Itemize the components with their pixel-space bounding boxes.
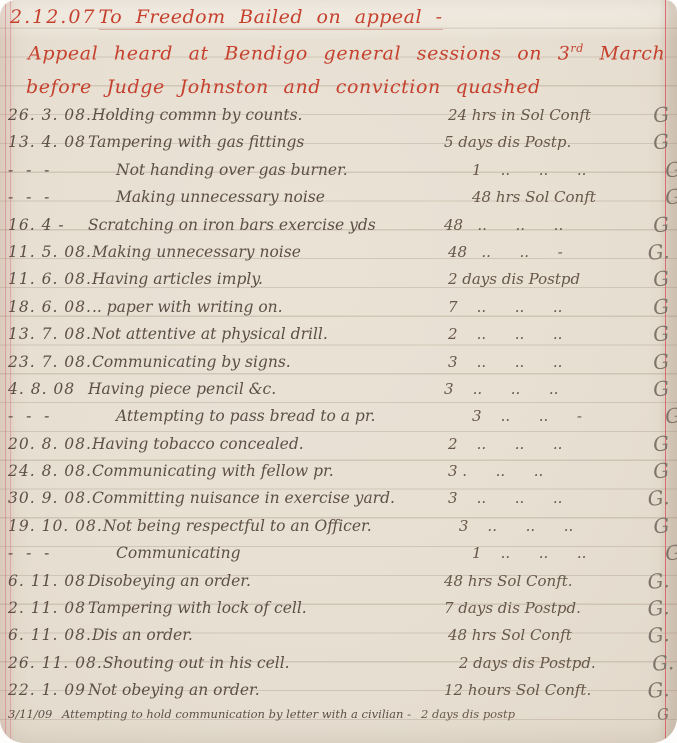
offence-text: Scratching on iron bars exercise yds — [88, 216, 444, 234]
warder-initial: G — [664, 183, 677, 209]
punishment-text: 3 .. .. .. — [448, 353, 641, 371]
punishment-text: 3 . .. .. — [448, 462, 641, 480]
punishment-text: 3 .. .. .. — [459, 517, 652, 535]
punishment-text: 48 .. .. - — [448, 243, 641, 261]
offence-text: Communicating — [88, 544, 472, 562]
punishment-text: 7 .. .. .. — [448, 298, 641, 316]
punishment-text: 48 hrs Sol Conft. — [444, 572, 637, 590]
ledger-row: - - -Making unnecessary noise48 hrs Sol … — [0, 183, 677, 210]
warder-initial: G. — [640, 485, 677, 513]
entry-date: 30. 9. 08. — [0, 489, 92, 507]
ordinal-superscript: rd — [570, 42, 584, 55]
offence-text: Making unnecessary noise — [88, 188, 472, 206]
appeal-detail-text: Appeal heard at Bendigo general sessions… — [28, 42, 570, 64]
warder-initial: G — [640, 293, 677, 321]
punishment-text: 3 .. .. .. — [448, 489, 641, 507]
warder-initial: G. — [640, 238, 677, 266]
offence-text: Having articles imply. — [92, 270, 448, 288]
ledger-row: 26. 11. 08.Shouting out in his cell.2 da… — [0, 649, 677, 676]
punishment-text: 1 .. .. .. — [472, 544, 665, 562]
ledger-row: 11. 5. 08.Making unnecessary noise48 .. … — [0, 238, 677, 265]
entry-date: - - - — [0, 407, 88, 425]
entry-date: - - - — [0, 188, 88, 206]
offence-text: Attempting to hold communication by lett… — [62, 707, 421, 721]
appeal-note-line1: 2.12.07 To Freedom Bailed on appeal - — [0, 6, 670, 42]
ledger-row: 2. 11. 08Tampering with lock of cell.7 d… — [0, 594, 677, 621]
offence-text: Not being respectful to an Officer. — [103, 517, 459, 535]
entry-date: - - - — [0, 161, 88, 179]
warder-initial: G — [515, 704, 677, 739]
warder-initial: G. — [636, 567, 677, 595]
warder-initial: G — [664, 539, 677, 565]
entry-date: 18. 6. 08. — [0, 298, 92, 316]
punishment-text: 5 days dis Postp. — [444, 133, 637, 151]
warder-initial: G. — [651, 649, 677, 676]
offence-text: Tampering with lock of cell. — [88, 599, 444, 617]
warder-initial: G — [651, 512, 677, 539]
entry-date: 23. 7. 08. — [0, 353, 92, 371]
punishment-text: 48 hrs Sol Conft — [448, 626, 641, 644]
punishment-text: 3 .. .. - — [472, 407, 665, 425]
offence-text: Having tobacco concealed. — [92, 435, 448, 453]
ledger-row: - - -Attempting to pass bread to a pr.3 … — [0, 402, 677, 429]
ledger-row: 18. 6. 08... paper with writing on.7 .. … — [0, 293, 677, 320]
entry-date: 24. 8. 08. — [0, 462, 92, 480]
offence-text: Having piece pencil &c. — [88, 380, 444, 398]
ledger-row: 13. 7. 08.Not attentive at physical dril… — [0, 320, 677, 347]
punishment-text: 48 hrs Sol Conft — [472, 188, 665, 206]
entry-date: 6. 11. 08. — [0, 626, 92, 644]
warder-initial: G — [640, 430, 677, 458]
entry-date: - - - — [0, 544, 88, 562]
ledger-row: 30. 9. 08.Committing nuisance in exercis… — [0, 484, 677, 511]
offence-entries: 26. 3. 08.Holding commn by counts.24 hrs… — [0, 101, 677, 726]
entry-date: 3/11/09 — [0, 707, 62, 721]
ledger-row: 11. 6. 08.Having articles imply.2 days d… — [0, 265, 677, 292]
punishment-text: 24 hrs in Sol Conft — [448, 106, 641, 124]
offence-text: Attempting to pass bread to a pr. — [88, 407, 472, 425]
ledger-row: 16. 4 -Scratching on iron bars exercise … — [0, 211, 677, 238]
ledger-row: 6. 11. 08Disobeying an order.48 hrs Sol … — [0, 567, 677, 594]
punishment-text: 2 days dis postp — [421, 707, 515, 721]
appeal-date: 2.12.07 — [10, 6, 92, 28]
appeal-detail-date: March 1908 — [584, 42, 677, 64]
appeal-outcome: To Freedom Bailed on appeal - — [99, 6, 443, 30]
offence-text: Communicating by signs. — [92, 353, 448, 371]
offence-text: Tampering with gas fittings — [88, 133, 444, 151]
entry-date: 26. 11. 08. — [0, 654, 103, 672]
ledger-page: 2.12.07 To Freedom Bailed on appeal - Ap… — [0, 0, 677, 743]
ledger-row: 19. 10. 08.Not being respectful to an Of… — [0, 512, 677, 539]
offence-text: Not handing over gas burner. — [88, 161, 472, 179]
ledger-row: - - -Communicating1 .. .. ..G — [0, 539, 677, 566]
appeal-note-line2: Appeal heard at Bendigo general sessions… — [0, 42, 670, 76]
warder-initial: G — [640, 265, 677, 293]
offence-text: Not attentive at physical drill. — [92, 325, 448, 343]
offence-text: Not obeying an order. — [88, 681, 444, 699]
ledger-row: 26. 3. 08.Holding commn by counts.24 hrs… — [0, 101, 677, 128]
punishment-text: 2 .. .. .. — [448, 435, 641, 453]
entry-date: 19. 10. 08. — [0, 517, 103, 535]
warder-initial: G — [636, 128, 677, 156]
ledger-row: 6. 11. 08.Dis an order.48 hrs Sol ConftG… — [0, 621, 677, 648]
offence-text: Communicating with fellow pr. — [92, 462, 448, 480]
offence-text: Committing nuisance in exercise yard. — [92, 489, 448, 507]
entry-date: 13. 4. 08 — [0, 133, 88, 151]
punishment-text: 48 .. .. .. — [444, 216, 637, 234]
warder-initial: G — [636, 375, 677, 403]
punishment-text: 1 .. .. .. — [472, 161, 665, 179]
offence-text: Holding commn by counts. — [92, 106, 448, 124]
ledger-row: 20. 8. 08.Having tobacco concealed.2 .. … — [0, 430, 677, 457]
punishment-text: 2 days dis Postpd — [448, 270, 641, 288]
entry-date: 13. 7. 08. — [0, 325, 92, 343]
punishment-text: 3 .. .. .. — [444, 380, 637, 398]
warder-initial: G — [640, 457, 677, 485]
entry-date: 26. 3. 08. — [0, 106, 92, 124]
entry-date: 11. 6. 08. — [0, 270, 92, 288]
warder-initial: G — [640, 320, 677, 348]
entry-date: 4. 8. 08 — [0, 380, 88, 398]
warder-initial: G — [640, 101, 677, 129]
offence-text: Making unnecessary noise — [92, 243, 448, 261]
entry-date: 6. 11. 08 — [0, 572, 88, 590]
ledger-row: 3/11/09Attempting to hold communication … — [0, 704, 677, 726]
warder-initial: G. — [636, 594, 677, 622]
ledger-row: 24. 8. 08.Communicating with fellow pr.3… — [0, 457, 677, 484]
offence-text: Shouting out in his cell. — [103, 654, 459, 672]
ledger-row: 23. 7. 08.Communicating by signs.3 .. ..… — [0, 348, 677, 375]
punishment-text: 2 .. .. .. — [448, 325, 641, 343]
punishment-text: 2 days dis Postpd. — [459, 654, 652, 672]
offence-text: Dis an order. — [92, 626, 448, 644]
punishment-text: 12 hours Sol Conft. — [444, 681, 637, 699]
offence-text: Disobeying an order. — [88, 572, 444, 590]
entry-date: 22. 1. 09 — [0, 681, 88, 699]
warder-initial: G. — [640, 621, 677, 649]
appeal-note: 2.12.07 To Freedom Bailed on appeal - Ap… — [0, 6, 670, 106]
warder-initial: G — [664, 156, 677, 182]
entry-date: 20. 8. 08. — [0, 435, 92, 453]
ledger-row: 4. 8. 08Having piece pencil &c.3 .. .. .… — [0, 375, 677, 402]
entry-date: 16. 4 - — [0, 216, 88, 234]
ledger-row: 13. 4. 08Tampering with gas fittings5 da… — [0, 128, 677, 155]
warder-initial: G. — [636, 676, 677, 704]
entry-date: 11. 5. 08. — [0, 243, 92, 261]
ledger-row: 22. 1. 09Not obeying an order.12 hours S… — [0, 676, 677, 703]
punishment-text: 7 days dis Postpd. — [444, 599, 637, 617]
warder-initial: G — [664, 402, 677, 428]
entry-date: 2. 11. 08 — [0, 599, 88, 617]
offence-text: .. paper with writing on. — [92, 298, 448, 316]
warder-initial: G — [640, 348, 677, 376]
warder-initial: G — [636, 211, 677, 239]
ledger-row: - - -Not handing over gas burner.1 .. ..… — [0, 156, 677, 183]
